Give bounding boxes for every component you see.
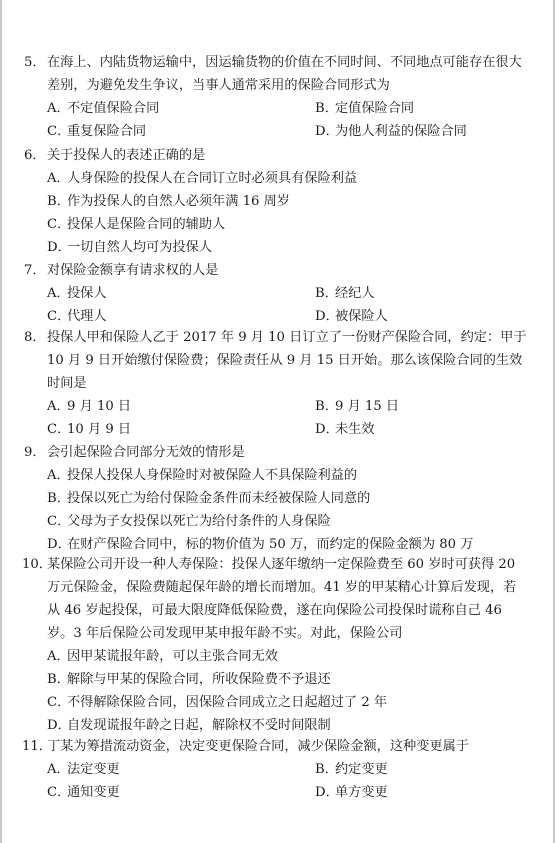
option-d[interactable]: D．自发现谎报年龄之日起，解除权不受时间限制 bbox=[2, 714, 555, 737]
question-number: 10． bbox=[22, 553, 52, 576]
question-number: 7． bbox=[24, 259, 46, 282]
option-text: 因甲某谎报年龄，可以主张合同无效 bbox=[67, 649, 278, 664]
option-text: 一切自然人均可为投保人 bbox=[67, 240, 212, 255]
question-stem: 5． 在海上、内陆货物运输中，因运输货物的价值在不同时间、不同地点可能存在很大差… bbox=[2, 51, 555, 97]
option-letter: B． bbox=[47, 668, 67, 691]
option-a[interactable]: A．不定值保险合同 bbox=[47, 97, 159, 120]
option-letter: D． bbox=[315, 418, 335, 441]
question-text: 会引起保险合同部分无效的情形是 bbox=[47, 445, 245, 460]
option-letter: C． bbox=[47, 120, 67, 143]
question-number: 11． bbox=[22, 735, 52, 758]
option-letter: C． bbox=[47, 781, 67, 804]
option-letter: A． bbox=[47, 758, 67, 781]
option-letter: D． bbox=[315, 781, 335, 804]
question-6: 6． 关于投保人的表述正确的是 A．人身保险的投保人在合同订立时必须具有保险利益… bbox=[2, 144, 555, 259]
option-text: 解除与甲某的保险合同，所收保险费不予退还 bbox=[67, 672, 331, 687]
option-d[interactable]: D．单方变更 bbox=[315, 781, 388, 804]
exam-page: 5． 在海上、内陆货物运输中，因运输货物的价值在不同时间、不同地点可能存在很大差… bbox=[0, 0, 555, 843]
option-text: 9 月 15 日 bbox=[335, 399, 399, 414]
option-text: 通知变更 bbox=[67, 785, 120, 800]
option-letter: B． bbox=[47, 190, 67, 213]
question-10: 10． 某保险公司开设一种人寿保险：投保人逐年缴纳一定保险费至 60 岁时可获得… bbox=[2, 553, 555, 737]
option-b[interactable]: B．9 月 15 日 bbox=[315, 395, 399, 418]
option-c[interactable]: C．10 月 9 日 bbox=[47, 418, 131, 441]
option-text: 约定变更 bbox=[335, 762, 388, 777]
option-text: 不定值保险合同 bbox=[67, 101, 159, 116]
option-letter: C． bbox=[47, 418, 67, 441]
option-text: 投保人是保险合同的辅助人 bbox=[67, 217, 225, 232]
option-a[interactable]: A．因甲某谎报年龄，可以主张合同无效 bbox=[2, 645, 555, 668]
option-text: 法定变更 bbox=[67, 762, 120, 777]
option-text: 作为投保人的自然人必须年满 16 周岁 bbox=[67, 194, 290, 209]
option-a[interactable]: A．人身保险的投保人在合同订立时必须具有保险利益 bbox=[2, 167, 555, 190]
option-letter: A． bbox=[47, 464, 67, 487]
option-d[interactable]: D．未生效 bbox=[315, 418, 375, 441]
option-text: 重复保险合同 bbox=[67, 124, 146, 139]
question-9: 9． 会引起保险合同部分无效的情形是 A．投保人投保人身保险时对被保险人不具保险… bbox=[2, 441, 555, 556]
question-stem: 9． 会引起保险合同部分无效的情形是 bbox=[2, 441, 555, 464]
question-11: 11． 丁某为筹措流动资金，决定变更保险合同，减少保险金额，这种变更属于 A．法… bbox=[2, 735, 555, 804]
question-stem: 8． 投保人甲和保险人乙于 2017 年 9 月 10 日订立了一份财产保险合同… bbox=[2, 326, 555, 395]
question-number: 8． bbox=[24, 326, 46, 349]
option-text: 单方变更 bbox=[335, 785, 388, 800]
option-row: C．10 月 9 日 D．未生效 bbox=[2, 418, 555, 441]
question-text: 关于投保人的表述正确的是 bbox=[47, 148, 205, 163]
option-letter: D． bbox=[47, 236, 67, 259]
option-text: 父母为子女投保以死亡为给付条件的人身保险 bbox=[67, 514, 331, 529]
option-letter: D． bbox=[315, 305, 335, 328]
option-letter: B． bbox=[315, 282, 335, 305]
question-stem: 11． 丁某为筹措流动资金，决定变更保险合同，减少保险金额，这种变更属于 bbox=[2, 735, 555, 758]
option-text: 投保人 bbox=[67, 286, 107, 301]
option-a[interactable]: A．法定变更 bbox=[47, 758, 120, 781]
option-text: 代理人 bbox=[67, 309, 107, 324]
option-text: 经纪人 bbox=[335, 286, 375, 301]
option-row: C．重复保险合同 D．为他人利益的保险合同 bbox=[2, 120, 555, 143]
option-letter: A． bbox=[47, 97, 67, 120]
question-7: 7． 对保险金额享有请求权的人是 A．投保人 B．经纪人 C．代理人 D．被保险… bbox=[2, 259, 555, 328]
option-letter: B． bbox=[315, 758, 335, 781]
option-c[interactable]: C．通知变更 bbox=[47, 781, 120, 804]
option-text: 人身保险的投保人在合同订立时必须具有保险利益 bbox=[67, 171, 357, 186]
option-letter: D． bbox=[47, 714, 67, 737]
question-text: 对保险金额享有请求权的人是 bbox=[47, 263, 218, 278]
option-letter: C． bbox=[47, 305, 67, 328]
option-text: 10 月 9 日 bbox=[67, 422, 131, 437]
question-text: 丁某为筹措流动资金，决定变更保险合同，减少保险金额，这种变更属于 bbox=[47, 739, 469, 754]
option-text: 未生效 bbox=[335, 422, 375, 437]
question-number: 9． bbox=[24, 441, 46, 464]
option-letter: B． bbox=[315, 97, 335, 120]
option-b[interactable]: B．经纪人 bbox=[315, 282, 375, 305]
option-row: C．通知变更 D．单方变更 bbox=[2, 781, 555, 804]
option-c[interactable]: C．重复保险合同 bbox=[47, 120, 146, 143]
option-letter: B． bbox=[47, 487, 67, 510]
question-number: 5． bbox=[24, 51, 46, 74]
option-b[interactable]: B．作为投保人的自然人必须年满 16 周岁 bbox=[2, 190, 555, 213]
option-text: 投保以死亡为给付保险金条件而未经被保险人同意的 bbox=[67, 491, 370, 506]
option-c[interactable]: C．投保人是保险合同的辅助人 bbox=[2, 213, 555, 236]
option-row: A．法定变更 B．约定变更 bbox=[2, 758, 555, 781]
option-text: 为他人利益的保险合同 bbox=[335, 124, 467, 139]
option-letter: A． bbox=[47, 167, 67, 190]
question-stem: 10． 某保险公司开设一种人寿保险：投保人逐年缴纳一定保险费至 60 岁时可获得… bbox=[2, 553, 555, 645]
option-row: A．投保人 B．经纪人 bbox=[2, 282, 555, 305]
question-5: 5． 在海上、内陆货物运输中，因运输货物的价值在不同时间、不同地点可能存在很大差… bbox=[2, 51, 555, 143]
option-c[interactable]: C．不得解除保险合同，因保险合同成立之日起超过了 2 年 bbox=[2, 691, 555, 714]
option-letter: D． bbox=[315, 120, 335, 143]
question-stem: 7． 对保险金额享有请求权的人是 bbox=[2, 259, 555, 282]
question-text: 在海上、内陆货物运输中，因运输货物的价值在不同时间、不同地点可能存在很大差别，为… bbox=[47, 55, 522, 93]
option-c[interactable]: C．代理人 bbox=[47, 305, 107, 328]
option-d[interactable]: D．一切自然人均可为投保人 bbox=[2, 236, 555, 259]
option-letter: C． bbox=[47, 691, 67, 714]
option-row: A．9 月 10 日 B．9 月 15 日 bbox=[2, 395, 555, 418]
option-b[interactable]: B．约定变更 bbox=[315, 758, 388, 781]
option-letter: A． bbox=[47, 282, 67, 305]
option-letter: B． bbox=[315, 395, 335, 418]
option-b[interactable]: B．投保以死亡为给付保险金条件而未经被保险人同意的 bbox=[2, 487, 555, 510]
question-text: 投保人甲和保险人乙于 2017 年 9 月 10 日订立了一份财产保险合同，约定… bbox=[47, 330, 527, 391]
option-b[interactable]: B．解除与甲某的保险合同，所收保险费不予退还 bbox=[2, 668, 555, 691]
option-row: A．不定值保险合同 B．定值保险合同 bbox=[2, 97, 555, 120]
option-a[interactable]: A．9 月 10 日 bbox=[47, 395, 131, 418]
option-text: 定值保险合同 bbox=[335, 101, 414, 116]
option-letter: A． bbox=[47, 645, 67, 668]
option-c[interactable]: C．父母为子女投保以死亡为给付条件的人身保险 bbox=[2, 510, 555, 533]
option-text: 9 月 10 日 bbox=[67, 399, 131, 414]
option-a[interactable]: A．投保人投保人身保险时对被保险人不具保险利益的 bbox=[2, 464, 555, 487]
option-b[interactable]: B．定值保险合同 bbox=[315, 97, 414, 120]
question-stem: 6． 关于投保人的表述正确的是 bbox=[2, 144, 555, 167]
question-number: 6． bbox=[24, 144, 46, 167]
option-letter: C． bbox=[47, 510, 67, 533]
option-row: C．代理人 D．被保险人 bbox=[2, 305, 555, 328]
option-text: 投保人投保人身保险时对被保险人不具保险利益的 bbox=[67, 468, 357, 483]
option-text: 被保险人 bbox=[335, 309, 388, 324]
option-letter: A． bbox=[47, 395, 67, 418]
option-d[interactable]: D．为他人利益的保险合同 bbox=[315, 120, 467, 143]
question-8: 8． 投保人甲和保险人乙于 2017 年 9 月 10 日订立了一份财产保险合同… bbox=[2, 326, 555, 441]
question-text: 某保险公司开设一种人寿保险：投保人逐年缴纳一定保险费至 60 岁时可获得 20 … bbox=[47, 557, 516, 641]
option-a[interactable]: A．投保人 bbox=[47, 282, 107, 305]
option-text: 不得解除保险合同，因保险合同成立之日起超过了 2 年 bbox=[67, 695, 387, 710]
option-d[interactable]: D．被保险人 bbox=[315, 305, 388, 328]
option-text: 自发现谎报年龄之日起，解除权不受时间限制 bbox=[67, 718, 331, 733]
option-letter: C． bbox=[47, 213, 67, 236]
option-text: 在财产保险合同中，标的物价值为 50 万，而约定的保险金额为 80 万 bbox=[67, 537, 473, 552]
